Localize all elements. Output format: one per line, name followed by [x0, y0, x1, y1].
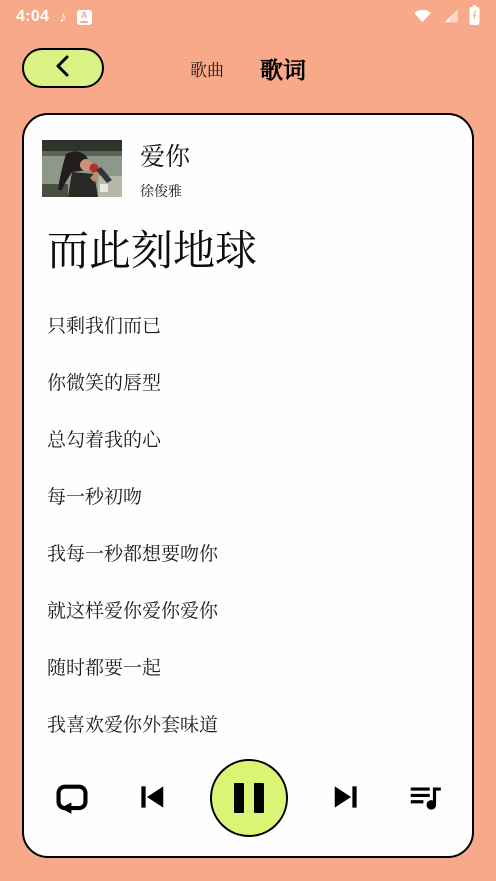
tab-lyrics[interactable]: 歌词: [260, 52, 306, 85]
header: 歌曲 歌词: [0, 48, 496, 88]
queue-music-icon: [404, 778, 446, 819]
album-art: [42, 140, 122, 197]
song-title: 爱你: [140, 142, 190, 172]
lyric-line[interactable]: 只剩我们而已: [47, 317, 456, 336]
tab-songs[interactable]: 歌曲: [190, 56, 224, 81]
clock: 4:04: [16, 8, 49, 26]
lyric-line[interactable]: 就这样爱你爱你爱你: [47, 602, 456, 621]
player-card: 爱你 徐俊雅 而此刻地球 只剩我们而已 你微笑的唇型 总勾着我的心 每一秒初吻 …: [22, 113, 474, 858]
lyric-line[interactable]: 你微笑的唇型: [47, 374, 456, 393]
current-lyric-line: 而此刻地球: [47, 227, 456, 275]
lyric-line[interactable]: 总勾着我的心: [47, 431, 456, 450]
repeat-button[interactable]: [50, 778, 94, 819]
pause-button[interactable]: [210, 759, 288, 837]
lyric-line[interactable]: 随时都要一起: [47, 659, 456, 678]
lyric-line[interactable]: 我每一秒都想要吻你: [47, 545, 456, 564]
wifi-icon: [413, 7, 432, 28]
cell-signal-icon: [442, 7, 459, 28]
battery-charging-icon: [469, 5, 480, 30]
pause-icon: [234, 783, 244, 813]
skip-next-icon: [331, 782, 361, 815]
playback-controls: [24, 758, 472, 838]
music-note-icon: ♪: [59, 10, 67, 25]
skip-previous-icon: [137, 782, 167, 815]
play-queue-button[interactable]: [404, 778, 446, 819]
song-artist: 徐俊雅: [140, 181, 190, 201]
lyric-line[interactable]: 每一秒初吻: [47, 488, 456, 507]
next-track-button[interactable]: [331, 782, 361, 815]
song-header: 爱你 徐俊雅: [42, 140, 454, 201]
app-notification-icon: A: [77, 10, 92, 25]
repeat-icon: [50, 778, 94, 819]
lyric-line[interactable]: 我喜欢爱你外套味道: [47, 716, 456, 735]
status-bar: 4:04 ♪ A: [0, 0, 496, 34]
tab-bar: 歌曲 歌词: [0, 48, 496, 88]
previous-track-button[interactable]: [137, 782, 167, 815]
lyrics-list: 只剩我们而已 你微笑的唇型 总勾着我的心 每一秒初吻 我每一秒都想要吻你 就这样…: [47, 317, 456, 773]
